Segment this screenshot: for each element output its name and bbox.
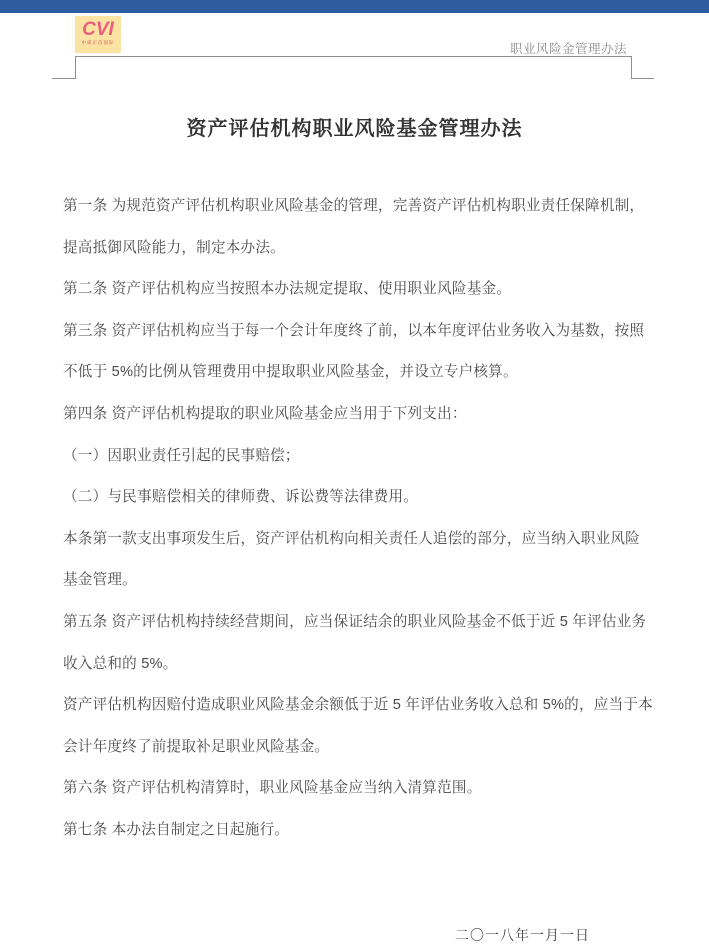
document-title: 资产评估机构职业风险基金管理办法 [0, 112, 709, 141]
header-rule-left-step [75, 56, 76, 79]
body-line: 第一条 为规范资产评估机构职业风险基金的管理，完善资产评估机构职业责任保障机制， [63, 186, 647, 228]
cvi-logo-text: CVI [75, 19, 121, 40]
header-rule-right-step [631, 56, 632, 79]
body-line: 第七条 本办法自制定之日起施行。 [63, 810, 647, 852]
body-line: 第四条 资产评估机构提取的职业风险基金应当用于下列支出： [63, 394, 647, 436]
body-line: 资产评估机构因赔付造成职业风险基金余额低于近 5 年评估业务收入总和 5%的，应… [63, 685, 647, 727]
body-line: 收入总和的 5%。 [63, 644, 647, 686]
header-rule-left-lower [52, 78, 75, 79]
body-line: 第六条 资产评估机构清算时，职业风险基金应当纳入清算范围。 [63, 768, 647, 810]
body-line: 本条第一款支出事项发生后，资产评估机构向相关责任人追偿的部分，应当纳入职业风险 [63, 519, 647, 561]
top-accent-bar [0, 0, 709, 13]
document-date: 二〇一八年一月一日 [455, 925, 590, 945]
body-line: （二）与民事赔偿相关的律师费、诉讼费等法律费用。 [63, 477, 647, 519]
header-rule-right-lower [631, 78, 654, 79]
cvi-logo: CVI 中威正信国际 [75, 16, 121, 53]
body-line: （一）因职业责任引起的民事赔偿； [63, 436, 647, 478]
body-line: 会计年度终了前提取补足职业风险基金。 [63, 727, 647, 769]
document-body: 第一条 为规范资产评估机构职业风险基金的管理，完善资产评估机构职业责任保障机制，… [63, 186, 647, 852]
cvi-logo-subtext: 中威正信国际 [75, 40, 121, 46]
running-head-label: 职业风险金管理办法 [510, 39, 627, 57]
body-line: 基金管理。 [63, 560, 647, 602]
body-line: 不低于 5%的比例从管理费用中提取职业风险基金，并设立专户核算。 [63, 352, 647, 394]
body-line: 提高抵御风险能力，制定本办法。 [63, 228, 647, 270]
body-line: 第二条 资产评估机构应当按照本办法规定提取、使用职业风险基金。 [63, 269, 647, 311]
document-page: CVI 中威正信国际 职业风险金管理办法 资产评估机构职业风险基金管理办法 第一… [0, 0, 709, 949]
body-line: 第三条 资产评估机构应当于每一个会计年度终了前，以本年度评估业务收入为基数，按照 [63, 311, 647, 353]
body-line: 第五条 资产评估机构持续经营期间，应当保证结余的职业风险基金不低于近 5 年评估… [63, 602, 647, 644]
